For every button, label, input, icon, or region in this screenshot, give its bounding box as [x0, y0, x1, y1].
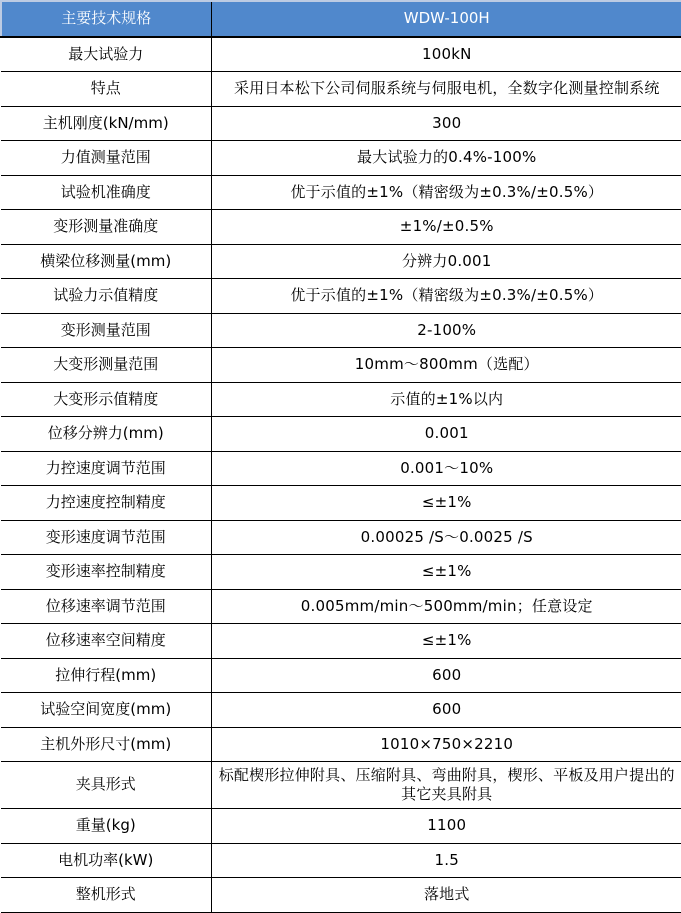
spec-value: ≤±1%: [211, 624, 681, 659]
spec-value: 优于示值的±1%（精密级为±0.3%/±0.5%）: [211, 175, 681, 210]
spec-row: 重量(kg) 1100: [1, 809, 681, 844]
spec-value: 2-100%: [211, 313, 681, 348]
spec-value: 10mm～800mm（选配）: [211, 348, 681, 383]
table-body: 最大试验力 100kN 特点 采用日本松下公司伺服系统与伺服电机，全数字化测量控…: [1, 37, 681, 912]
spec-label: 位移速率空间精度: [1, 624, 211, 659]
spec-label: 夹具形式: [1, 762, 211, 809]
spec-row: 试验力示值精度 优于示值的±1%（精密级为±0.3%/±0.5%）: [1, 279, 681, 314]
spec-label: 位移分辨力(mm): [1, 417, 211, 452]
spec-row: 变形速度调节范围 0.00025 /S～0.0025 /S: [1, 520, 681, 555]
spec-value: 优于示值的±1%（精密级为±0.3%/±0.5%）: [211, 279, 681, 314]
spec-value: 分辨力0.001: [211, 244, 681, 279]
spec-value: 600: [211, 658, 681, 693]
spec-label: 最大试验力: [1, 37, 211, 72]
spec-row: 力值测量范围 最大试验力的0.4%-100%: [1, 141, 681, 176]
spec-row: 变形测量范围 2-100%: [1, 313, 681, 348]
header-model-name: WDW-100H: [211, 1, 681, 37]
spec-row: 力控速度控制精度 ≤±1%: [1, 486, 681, 521]
spec-value: ±1%/±0.5%: [211, 210, 681, 245]
spec-row: 位移分辨力(mm) 0.001: [1, 417, 681, 452]
spec-row: 大变形测量范围 10mm～800mm（选配）: [1, 348, 681, 383]
spec-row: 整机形式 落地式: [1, 878, 681, 913]
spec-row: 拉伸行程(mm) 600: [1, 658, 681, 693]
spec-label: 大变形测量范围: [1, 348, 211, 383]
spec-value: 300: [211, 106, 681, 141]
spec-label: 变形测量范围: [1, 313, 211, 348]
spec-row: 横梁位移测量(mm) 分辨力0.001: [1, 244, 681, 279]
spec-label: 变形测量准确度: [1, 210, 211, 245]
header-row: 主要技术规格 WDW-100H: [1, 1, 681, 37]
spec-value: 600: [211, 693, 681, 728]
spec-value: 0.005mm/min～500mm/min；任意设定: [211, 589, 681, 624]
spec-row: 试验空间宽度(mm) 600: [1, 693, 681, 728]
spec-row: 主机刚度(kN/mm) 300: [1, 106, 681, 141]
spec-row: 位移速率空间精度 ≤±1%: [1, 624, 681, 659]
spec-row: 试验机准确度 优于示值的±1%（精密级为±0.3%/±0.5%）: [1, 175, 681, 210]
spec-label: 试验空间宽度(mm): [1, 693, 211, 728]
spec-label: 电机功率(kW): [1, 843, 211, 878]
spec-value: 0.00025 /S～0.0025 /S: [211, 520, 681, 555]
spec-value: 0.001～10%: [211, 451, 681, 486]
spec-value: 标配楔形拉伸附具、压缩附具、弯曲附具，楔形、平板及用户提出的其它夹具附具: [211, 762, 681, 809]
spec-row: 最大试验力 100kN: [1, 37, 681, 72]
spec-table: 主要技术规格 WDW-100H 最大试验力 100kN 特点 采用日本松下公司伺…: [0, 0, 681, 913]
spec-label: 主机刚度(kN/mm): [1, 106, 211, 141]
spec-label: 力控速度控制精度: [1, 486, 211, 521]
spec-row: 主机外形尺寸(mm) 1010×750×2210: [1, 727, 681, 762]
spec-table-header: 主要技术规格 WDW-100H: [1, 1, 681, 37]
spec-row: 夹具形式 标配楔形拉伸附具、压缩附具、弯曲附具，楔形、平板及用户提出的其它夹具附…: [1, 762, 681, 809]
spec-value: 最大试验力的0.4%-100%: [211, 141, 681, 176]
spec-row: 力控速度调节范围 0.001～10%: [1, 451, 681, 486]
spec-label: 主机外形尺寸(mm): [1, 727, 211, 762]
spec-value: 落地式: [211, 878, 681, 913]
spec-label: 横梁位移测量(mm): [1, 244, 211, 279]
spec-label: 试验力示值精度: [1, 279, 211, 314]
spec-value: 采用日本松下公司伺服系统与伺服电机，全数字化测量控制系统: [211, 72, 681, 107]
spec-row: 位移速率调节范围 0.005mm/min～500mm/min；任意设定: [1, 589, 681, 624]
spec-label: 重量(kg): [1, 809, 211, 844]
spec-label: 特点: [1, 72, 211, 107]
spec-value: 1.5: [211, 843, 681, 878]
spec-value: 100kN: [211, 37, 681, 72]
spec-label: 力值测量范围: [1, 141, 211, 176]
spec-label: 变形速率控制精度: [1, 555, 211, 590]
spec-label: 力控速度调节范围: [1, 451, 211, 486]
spec-label: 位移速率调节范围: [1, 589, 211, 624]
spec-label: 整机形式: [1, 878, 211, 913]
spec-value: ≤±1%: [211, 555, 681, 590]
header-spec-title: 主要技术规格: [1, 1, 211, 37]
spec-value: 1010×750×2210: [211, 727, 681, 762]
spec-row: 特点 采用日本松下公司伺服系统与伺服电机，全数字化测量控制系统: [1, 72, 681, 107]
spec-label: 大变形示值精度: [1, 382, 211, 417]
spec-row: 变形测量准确度 ±1%/±0.5%: [1, 210, 681, 245]
spec-row: 变形速率控制精度 ≤±1%: [1, 555, 681, 590]
spec-value: 1100: [211, 809, 681, 844]
spec-label: 试验机准确度: [1, 175, 211, 210]
spec-label: 拉伸行程(mm): [1, 658, 211, 693]
spec-value: 0.001: [211, 417, 681, 452]
spec-value: ≤±1%: [211, 486, 681, 521]
spec-row: 大变形示值精度 示值的±1%以内: [1, 382, 681, 417]
spec-value: 示值的±1%以内: [211, 382, 681, 417]
spec-row: 电机功率(kW) 1.5: [1, 843, 681, 878]
spec-label: 变形速度调节范围: [1, 520, 211, 555]
